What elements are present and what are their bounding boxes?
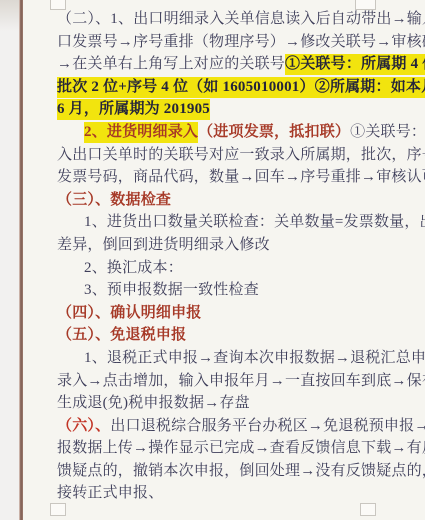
- text-segment: 接转正式申报、: [57, 485, 163, 501]
- text-segment: 入出口关单时的关联号对应一致录入所属期，批次，序号，: [57, 147, 425, 163]
- doc-line: 录入→点击增加，输入申报年月→一直按回车到底→保存 2、: [57, 370, 422, 393]
- text-segment: 6 月，所属期为 201905: [57, 99, 210, 120]
- doc-line: （五）、免退税申报: [57, 324, 422, 347]
- doc-line: 批次 2 位+序号 4 位（如 1605010001）②所属期：如本月为: [57, 76, 422, 99]
- text-segment: 3、预申报数据一致性检查: [84, 282, 259, 298]
- text-segment: 录入→点击增加，输入申报年月→一直按回车到底→保存 2、: [57, 373, 425, 389]
- text-segment: 1、进货出口数量关联检查：关单数量=发票数量，出现: [84, 214, 425, 230]
- doc-line: 差异，倒回到进货明细录入修改: [57, 234, 422, 257]
- text-segment: →在关单右上角写上对应的关联号: [57, 56, 285, 72]
- text-segment: 馈疑点的，撤销本次申报，倒回处理→没有反馈疑点的，直: [57, 463, 425, 479]
- doc-line: 3、预申报数据一致性检查: [57, 279, 422, 302]
- doc-line: 6 月，所属期为 201905: [57, 98, 422, 121]
- text-segment: 差异，倒回到进货明细录入修改: [57, 237, 270, 253]
- text-segment: 批次 2 位+序号 4 位（如 1605010001）②所属期：如本月为: [57, 77, 425, 98]
- doc-line: 发票号码，商品代码，数量→回车→序号重排→审核认可: [57, 166, 422, 189]
- doc-line: （二）、1、出口明细录入关单信息读入后自动带出→输入出: [57, 8, 422, 31]
- text-segment: 2、进货明细录入: [84, 122, 198, 143]
- text-segment: 报数据上传→操作显示已完成→查看反馈信息下载→有反: [57, 440, 425, 456]
- text-segment: ①关联号：与录: [350, 124, 425, 140]
- doc-line: （三）、数据检查: [57, 189, 422, 212]
- text-segment: （六）、: [57, 418, 110, 434]
- doc-line: 报数据上传→操作显示已完成→查看反馈信息下载→有反: [57, 437, 422, 460]
- doc-line: （六）、出口退税综合服务平台办税区→免退税预申报→申: [57, 415, 422, 438]
- text-segment: 2、换汇成本：: [84, 260, 183, 276]
- text-segment: （五）、免退税申报: [57, 327, 186, 343]
- text-segment: （四）、确认明细申报: [57, 305, 202, 321]
- text-segment: 出口退税综合服务平台办税区→免退税预申报→申: [110, 418, 425, 434]
- text-segment: （进项发票，抵扣联）: [198, 124, 350, 140]
- text-segment: 生成退(免)税申报数据→存盘: [57, 395, 250, 411]
- doc-line: 2、换汇成本：: [57, 257, 422, 280]
- doc-line: 入出口关单时的关联号对应一致录入所属期，批次，序号，: [57, 144, 422, 167]
- text-segment: 1、退税正式申报→查询本次申报数据→退税汇总申报表: [84, 350, 425, 366]
- doc-line: 1、进货出口数量关联检查：关单数量=发票数量，出现: [57, 211, 422, 234]
- doc-line: 1、退税正式申报→查询本次申报数据→退税汇总申报表: [57, 347, 422, 370]
- text-segment: 发票号码，商品代码，数量→回车→序号重排→审核认可: [57, 169, 425, 185]
- text-segment: 口发票号→序号重排（物理序号）→修改关联号→审核确认: [57, 34, 425, 50]
- doc-line: 生成退(免)税申报数据→存盘: [57, 392, 422, 415]
- doc-line: 馈疑点的，撤销本次申报，倒回处理→没有反馈疑点的，直: [57, 460, 422, 483]
- text-segment: （二）、1、出口明细录入关单信息读入后自动带出→输入出: [57, 11, 425, 27]
- doc-line: →在关单右上角写上对应的关联号①关联号：所属期 4 位+: [57, 53, 422, 76]
- document-content: （二）、1、出口明细录入关单信息读入后自动带出→输入出口发票号→序号重排（物理序…: [57, 8, 422, 505]
- text-segment: （三）、数据检查: [57, 192, 171, 208]
- doc-line: 口发票号→序号重排（物理序号）→修改关联号→审核确认: [57, 31, 422, 54]
- text-segment: ①关联号：所属期 4 位+: [285, 54, 425, 75]
- doc-line: 2、进货明细录入（进项发票，抵扣联）①关联号：与录: [57, 121, 422, 144]
- page-left-margin: [0, 0, 19, 520]
- doc-line: 接转正式申报、: [57, 482, 422, 505]
- doc-line: （四）、确认明细申报: [57, 302, 422, 325]
